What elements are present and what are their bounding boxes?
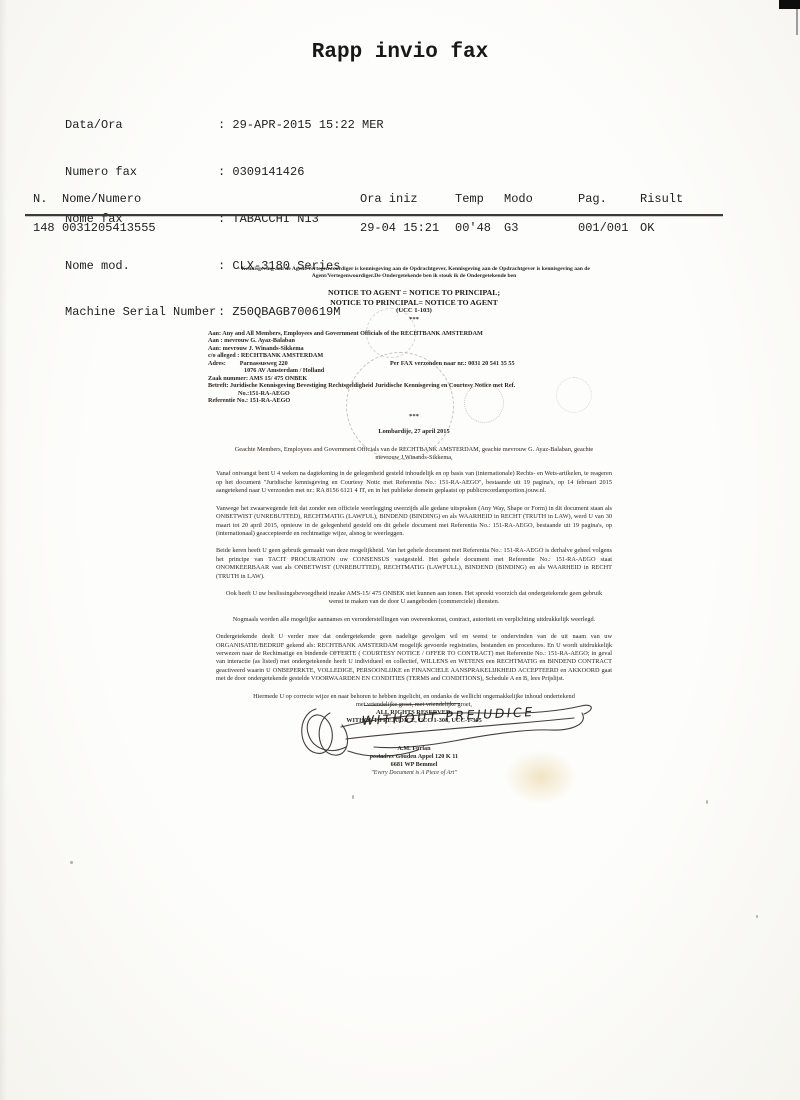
cell-nome-numero: 0031205413555 xyxy=(62,221,156,235)
notice-heading-line1: NOTICE TO AGENT = NOTICE TO PRINCIPAL; xyxy=(208,288,620,298)
cell-modo: G3 xyxy=(504,221,518,235)
paper-speck xyxy=(70,861,73,864)
col-header-pag: Pag. xyxy=(578,192,607,206)
col-header-risult: Risult xyxy=(640,192,683,206)
fax-report-page: { "page": { "title": "Rapp invio fax" },… xyxy=(0,0,800,1100)
paper-speck xyxy=(352,795,354,799)
scan-corner-mark xyxy=(779,0,800,9)
cell-n: 148 xyxy=(33,221,55,235)
fax-sent-note: Per FAX verzonden naar nr.: 0031 20 541 … xyxy=(390,360,515,368)
body-paragraph: Ondergetekende deelt U verder mee dat on… xyxy=(208,633,620,683)
cell-ora-iniz: 29-04 15:21 xyxy=(360,221,439,235)
salutation: Geachte Members, Employees and Governmen… xyxy=(208,446,620,462)
body-paragraph: Beide keren heeft U geen gebruik gemaakt… xyxy=(208,547,620,581)
field-value: : 0309141426 xyxy=(218,165,304,181)
body-paragraph: Nogmaals worden alle mogelijke aannames … xyxy=(208,616,620,624)
cell-temp: 00'48 xyxy=(455,221,491,235)
table-rule xyxy=(25,214,723,216)
signature-scribble xyxy=(348,750,418,756)
notice-intro-line: - Kennisgeving aan de Agent/Vertegenwoor… xyxy=(208,266,620,279)
addressee-line: Aan: Any and All Members, Employees and … xyxy=(208,330,620,338)
zaak-nummer-line: Zaak nummer: AMS 15/ 475 ONBEK xyxy=(208,375,620,383)
adres-label: Adres: xyxy=(208,360,226,367)
body-paragraph: Ook heeft U uw beslissingsbevoegdheid in… xyxy=(208,590,620,607)
scan-edge-line xyxy=(796,9,798,35)
addressee-line: Aan: mevrouw J. Winands-Sikkema xyxy=(208,345,620,353)
notice-ucc-ref: (UCC 1-103) xyxy=(208,307,620,316)
cell-pag: 001/001 xyxy=(578,221,628,235)
signature-area: WITHOUT PREJUDICE xyxy=(208,725,620,745)
field-label: Numero fax xyxy=(65,165,218,181)
addressee-block: Aan: Any and All Members, Employees and … xyxy=(208,330,620,405)
signature-loop xyxy=(302,709,346,753)
header-row-data-ora: Data/Ora: 29-APR-2015 15:22 MER xyxy=(65,118,384,134)
col-header-n: N. xyxy=(33,192,47,206)
adres-street: Parnassusweg 220 xyxy=(226,360,288,368)
cell-risult: OK xyxy=(640,221,654,235)
transmitted-document: - Kennisgeving aan de Agent/Vertegenwoor… xyxy=(208,266,620,777)
col-header-temp: Temp xyxy=(455,192,484,206)
scan-edge-shade xyxy=(0,0,7,1100)
field-label: Data/Ora xyxy=(65,118,218,134)
col-header-modo: Modo xyxy=(504,192,533,206)
betreft-line2: No.:151-RA-AEGO xyxy=(208,390,620,398)
addressee-line: c/o alleged : RECHTBANK AMSTERDAM xyxy=(208,352,620,360)
body-paragraph: Vanwege het zwaarwegende feit dat zonder… xyxy=(208,505,620,539)
paper-speck xyxy=(706,800,708,804)
addressee-line: Aan : mevrouw G. Ayaz-Balaban xyxy=(208,337,620,345)
field-value: : 29-APR-2015 15:22 MER xyxy=(218,118,384,134)
col-header-nome-numero: Nome/Numero xyxy=(62,192,141,206)
notice-heading-line2: NOTICE TO PRINCIPAL= NOTICE TO AGENT xyxy=(208,298,620,308)
stars-separator: *** xyxy=(208,413,620,420)
field-label: Machine Serial Number xyxy=(65,305,218,321)
report-title: Rapp invio fax xyxy=(0,41,800,64)
field-label: Nome mod. xyxy=(65,259,218,275)
col-header-ora-iniz: Ora iniz xyxy=(360,192,418,206)
body-paragraph: Vanaf ontvangst bent U 4 weken na dagtek… xyxy=(208,470,620,495)
signature-scrawl: WITHOUT PREJUDICE xyxy=(286,697,631,781)
paper-speck xyxy=(756,915,758,918)
stars-separator: *** xyxy=(208,316,620,323)
adres-city: 1076 AV Amsterdam / Holland xyxy=(208,367,620,375)
dateline: Lombardije, 27 april 2015 xyxy=(208,428,620,435)
header-row-numero-fax: Numero fax: 0309141426 xyxy=(65,165,384,181)
notice-heading: NOTICE TO AGENT = NOTICE TO PRINCIPAL; N… xyxy=(208,288,620,323)
adres-row: Adres:Parnassusweg 220 Per FAX verzonden… xyxy=(208,360,620,368)
referentie-line: Referentie No.: 151-RA-AEGO xyxy=(208,397,620,405)
betreft-line1: Betreft: Juridische Kennisgeving Bevesti… xyxy=(208,382,620,390)
